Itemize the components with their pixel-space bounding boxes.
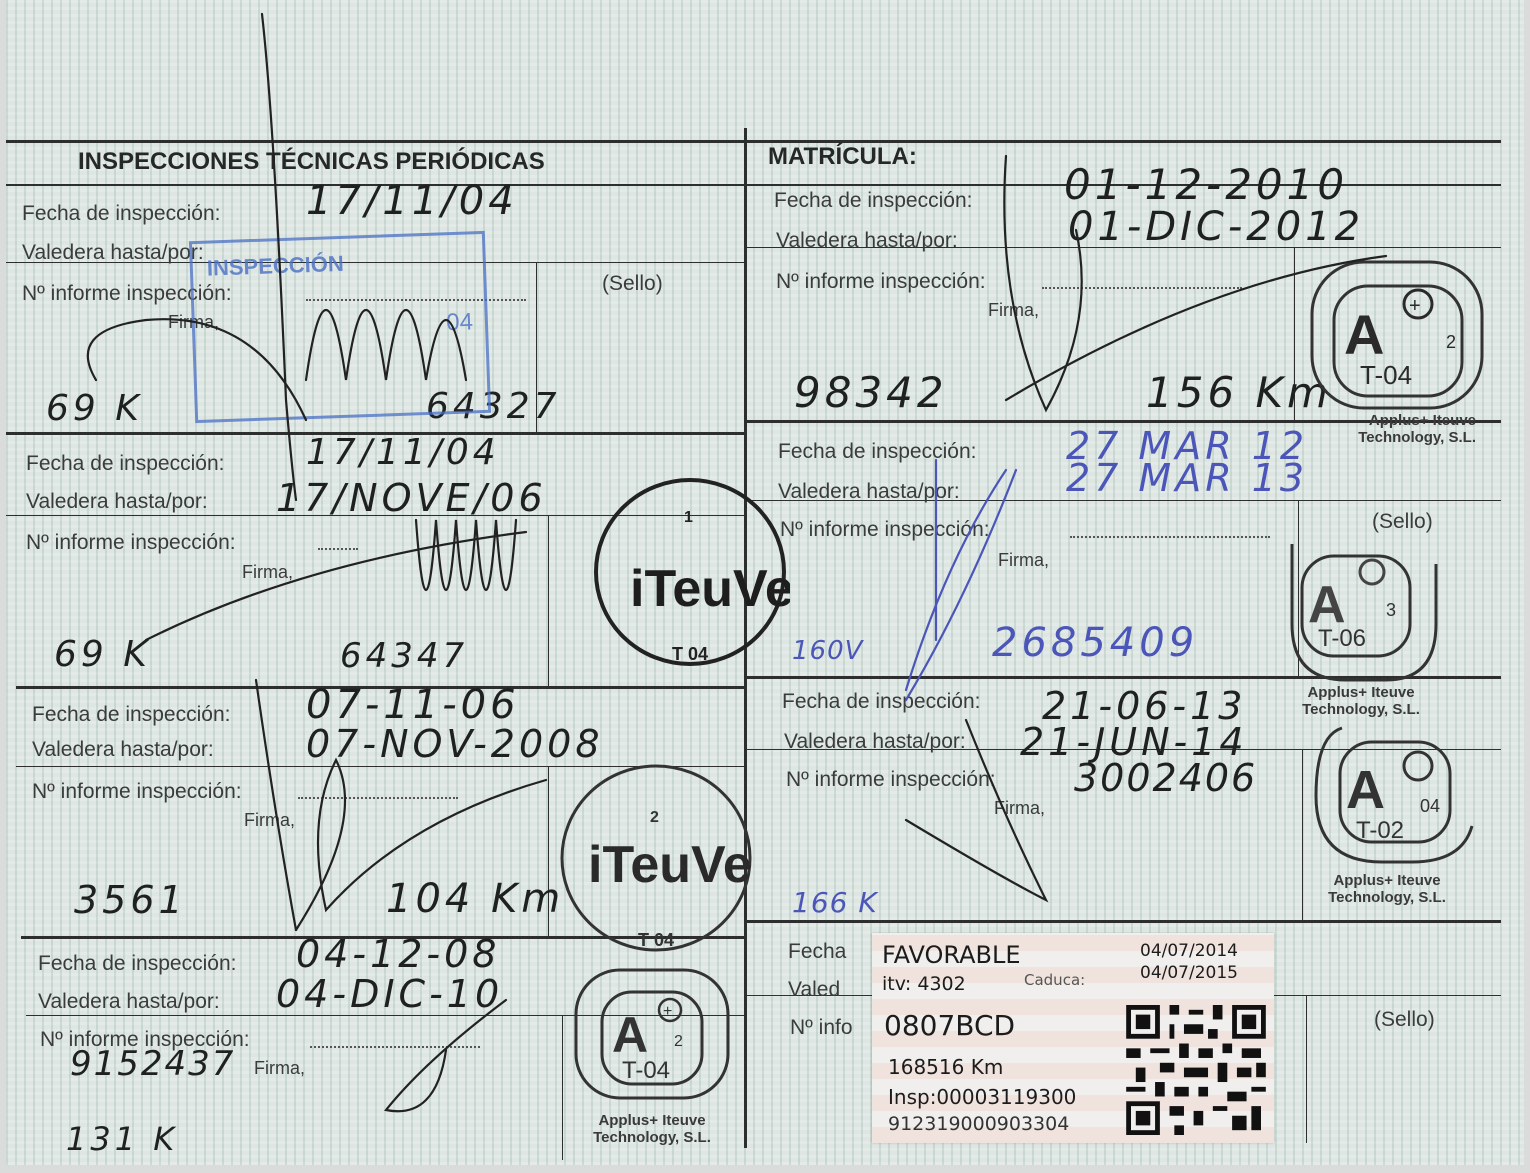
handwritten-extra: 64347 bbox=[340, 636, 468, 676]
handwritten-valedera: 27 MAR 13 bbox=[1066, 456, 1308, 500]
caduca-label: Caduca: bbox=[1024, 971, 1085, 989]
handwritten-fecha: 01-12-2010 bbox=[1064, 160, 1348, 209]
fecha-label: Fecha de inspección: bbox=[778, 440, 976, 464]
handwritten-fecha: 04-12-08 bbox=[296, 932, 500, 976]
svg-text:A: A bbox=[612, 1007, 648, 1063]
valedera-label: Valed bbox=[788, 978, 840, 1002]
svg-text:2: 2 bbox=[674, 1033, 683, 1050]
svg-text:iTeuVe: iTeuVe bbox=[588, 836, 752, 894]
handwritten-km: 98342 bbox=[794, 368, 948, 417]
insp-number: Insp:00003119300 bbox=[888, 1085, 1076, 1109]
firma-label: Firma, bbox=[994, 798, 1045, 819]
rule bbox=[747, 920, 1501, 923]
valedera-label: Valedera hasta/por: bbox=[776, 229, 958, 253]
result-status: FAVORABLE bbox=[882, 941, 1021, 969]
fecha-label: Fecha de inspección: bbox=[26, 452, 224, 476]
fecha-label: Fecha de inspección: bbox=[22, 202, 220, 226]
applus-caption: Applus+ IteuveTechnology, S.L. bbox=[1276, 684, 1446, 718]
valedera-label: Valedera hasta/por: bbox=[784, 730, 966, 754]
dotted-line bbox=[318, 548, 358, 550]
applus-caption: Applus+ IteuveTechnology, S.L. bbox=[1302, 872, 1472, 906]
rule bbox=[1306, 995, 1307, 1143]
svg-text:T 04: T 04 bbox=[638, 930, 674, 950]
handwritten-informe: 9152437 bbox=[70, 1044, 235, 1084]
svg-text:T 04: T 04 bbox=[672, 644, 708, 664]
svg-text:+: + bbox=[663, 1003, 672, 1020]
informe-label: Nº informe inspección: bbox=[776, 270, 986, 294]
informe-label: Nº informe inspección: bbox=[32, 780, 242, 804]
handwritten-valedera: 17/NOVE/06 bbox=[276, 476, 547, 520]
expiry-date: 04/07/2015 bbox=[1140, 963, 1238, 983]
svg-text:A: A bbox=[1346, 760, 1385, 820]
inspection-date: 04/07/2014 bbox=[1140, 941, 1238, 961]
itv-code: itv: 4302 bbox=[882, 973, 966, 995]
svg-text:+: + bbox=[1409, 295, 1421, 317]
svg-text:3: 3 bbox=[1386, 600, 1396, 620]
itv-a-plus-stamp: A 04 T-02 bbox=[1312, 716, 1482, 868]
fecha-label: Fecha de inspección: bbox=[32, 703, 230, 727]
fecha-label: Fecha de inspección: bbox=[38, 952, 236, 976]
handwritten-fecha: 17/11/04 bbox=[306, 432, 500, 473]
plate-label: MATRÍCULA: bbox=[768, 143, 917, 171]
svg-text:T-04: T-04 bbox=[622, 1057, 670, 1084]
valedera-label: Valedera hasta/por: bbox=[778, 480, 960, 504]
barcode-number: 912319000903304 bbox=[888, 1113, 1069, 1135]
svg-text:T-04: T-04 bbox=[1360, 360, 1412, 390]
applus-caption: Applus+ IteuveTechnology, S.L. bbox=[562, 1112, 742, 1146]
handwritten-valedera: 01-DIC-2012 bbox=[1068, 204, 1364, 250]
section-title: INSPECCIONES TÉCNICAS PERIÓDICAS bbox=[78, 148, 545, 176]
informe-label: Nº info bbox=[790, 1016, 853, 1040]
rule bbox=[548, 515, 549, 686]
qr-code-icon bbox=[1126, 1005, 1266, 1135]
dotted-line bbox=[1070, 536, 1270, 538]
plate-number: 0807BCD bbox=[884, 1009, 1015, 1042]
firma-label: Firma, bbox=[998, 550, 1049, 571]
valedera-label: Valedera hasta/por: bbox=[26, 490, 208, 514]
handwritten-km: 166 K bbox=[792, 886, 878, 919]
handwritten-km: 3561 bbox=[74, 878, 187, 922]
mileage: 168516 Km bbox=[888, 1055, 1003, 1079]
iteuve-round-stamp: iTeuVe 2 T 04 bbox=[556, 760, 756, 956]
svg-text:iTeuVe: iTeuVe bbox=[630, 560, 790, 618]
valedera-label: Valedera hasta/por: bbox=[22, 241, 204, 265]
informe-label: Nº informe inspección: bbox=[780, 518, 990, 542]
sello-label: (Sello) bbox=[1374, 1008, 1435, 1032]
firma-label: Firma, bbox=[988, 300, 1039, 321]
informe-label: Nº informe inspección: bbox=[26, 531, 236, 555]
svg-text:T-02: T-02 bbox=[1356, 817, 1404, 844]
handwritten-extra: 104 Km bbox=[386, 876, 564, 922]
itv-result-sticker: FAVORABLE 04/07/2014 itv: 4302 Caduca: 0… bbox=[872, 933, 1274, 1143]
handwritten-informe: 3002406 bbox=[1074, 756, 1257, 800]
blue-inspection-stamp: INSPECCIÓN 04 bbox=[189, 231, 491, 423]
valedera-label: Valedera hasta/por: bbox=[38, 990, 220, 1014]
firma-label: Firma, bbox=[242, 562, 293, 583]
handwritten-fecha: 17/11/04 bbox=[306, 178, 518, 224]
iteuve-round-stamp: iTeuVe 1 T 04 bbox=[590, 474, 790, 670]
handwritten-extra: 2685409 bbox=[992, 620, 1198, 666]
valedera-label: Valedera hasta/por: bbox=[32, 738, 214, 762]
svg-text:1: 1 bbox=[684, 509, 693, 526]
handwritten-km: 160V bbox=[792, 636, 863, 666]
sello-label: (Sello) bbox=[1372, 510, 1433, 534]
handwritten-extra: 156 Km bbox=[1146, 368, 1332, 417]
firma-label: Firma, bbox=[244, 810, 295, 831]
dotted-line bbox=[310, 1046, 480, 1048]
svg-text:T-06: T-06 bbox=[1318, 625, 1366, 652]
fecha-label: Fecha bbox=[788, 940, 846, 964]
svg-text:2: 2 bbox=[1446, 332, 1456, 352]
handwritten-km: 69 K bbox=[54, 634, 151, 675]
sello-label: (Sello) bbox=[602, 272, 663, 296]
svg-text:04: 04 bbox=[1420, 796, 1440, 816]
informe-label: Nº informe inspección: bbox=[786, 768, 996, 792]
applus-caption: Applus+ IteuveTechnology, S.L. bbox=[1306, 412, 1476, 446]
svg-text:A: A bbox=[1344, 303, 1384, 366]
dotted-line bbox=[1042, 287, 1242, 289]
dotted-line bbox=[298, 797, 458, 799]
itv-a-plus-stamp: A 3 T-06 bbox=[1276, 534, 1442, 684]
top-border bbox=[6, 140, 1501, 143]
itv-a-plus-stamp: A + 2 T-04 bbox=[572, 966, 732, 1102]
handwritten-km: 131 K bbox=[66, 1120, 178, 1158]
svg-text:2: 2 bbox=[650, 809, 659, 826]
fecha-label: Fecha de inspección: bbox=[774, 189, 972, 213]
firma-label: Firma, bbox=[254, 1058, 305, 1079]
itv-a-plus-stamp: A + 2 T-04 bbox=[1308, 258, 1488, 414]
itv-inspection-card: INSPECCIONES TÉCNICAS PERIÓDICAS MATRÍCU… bbox=[6, 0, 1524, 1165]
handwritten-valedera: 04-DIC-10 bbox=[276, 972, 503, 1016]
fecha-label: Fecha de inspección: bbox=[782, 690, 980, 714]
handwritten-km: 69 K bbox=[46, 388, 143, 429]
